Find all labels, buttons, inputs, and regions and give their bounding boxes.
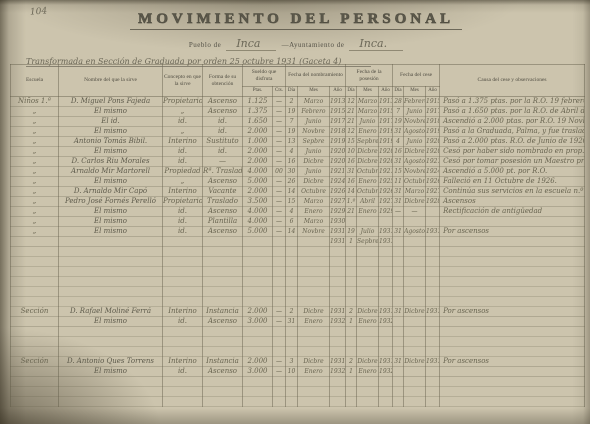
cell-sueldo-cts: — — [273, 97, 286, 107]
cell-cese-dia: 7 — [393, 107, 404, 117]
cell-cese-ano: 1915 — [426, 97, 440, 107]
cell-cese-dia: 11 — [393, 177, 404, 187]
cell-forma: Traslado — [203, 197, 243, 207]
sub-dia: Día — [286, 87, 298, 97]
cell-empty — [286, 267, 298, 277]
cell-posesion-ano: 1925 — [379, 177, 393, 187]
cell-nombramiento-ano: 1920 — [330, 147, 346, 157]
blank-row — [11, 347, 585, 357]
cell-posesion-ano: 1931 — [379, 307, 393, 317]
cell-empty — [298, 327, 330, 337]
cell-empty — [298, 247, 330, 257]
cell-empty — [330, 287, 346, 297]
cell-nombramiento-mes: Novbre — [298, 227, 330, 237]
cell-posesion-mes: Enero — [357, 177, 379, 187]
cell-empty — [273, 397, 286, 407]
cell-posesion-ano: 1919 — [379, 127, 393, 137]
table-row: „El mismoid.id.2.000—4Junio192010Dicbre1… — [11, 147, 585, 157]
cell-concepto: Propietario — [163, 197, 203, 207]
blank-row — [11, 377, 585, 387]
cell-empty — [59, 347, 163, 357]
cell-empty — [440, 337, 585, 347]
cell-nombramiento-ano: 1920 — [330, 157, 346, 167]
cell-empty — [426, 387, 440, 397]
cell-concepto: „ — [163, 127, 203, 137]
col-escuela: Escuela — [11, 65, 59, 97]
table-row: El mismoid.Ascenso3.000—10Enero19321Ener… — [11, 367, 585, 377]
cell-nombramiento-mes — [298, 237, 330, 247]
table-header: Escuela Nombre del que la sirve Concepto… — [11, 65, 585, 97]
cell-causa: Continúa sus servicios en la escuela n.º… — [440, 187, 585, 197]
cell-posesion-ano: 1915 — [379, 107, 393, 117]
cell-posesion-ano: 1926 — [379, 187, 393, 197]
table-row: „El mismoid.Ascenso4.000—4Enero192921Ene… — [11, 207, 585, 217]
cell-posesion-mes: Marzo — [357, 97, 379, 107]
cell-empty — [379, 257, 393, 267]
cell-posesion-mes: Julio — [357, 227, 379, 237]
cell-empty — [286, 277, 298, 287]
cell-cese-ano: 1928 — [426, 197, 440, 207]
cell-sueldo-ptas: 4.000 — [243, 167, 273, 177]
cell-empty — [393, 287, 404, 297]
cell-nombramiento-ano: 1918 — [330, 127, 346, 137]
cell-empty — [59, 247, 163, 257]
cell-empty — [393, 337, 404, 347]
cell-posesion-dia: 2 — [346, 307, 357, 317]
cell-forma: id. — [203, 127, 243, 137]
cell-empty — [440, 297, 585, 307]
cell-nombre: El mismo — [59, 207, 163, 217]
cell-posesion-ano: 1931 — [379, 357, 393, 367]
cell-posesion-mes: Octubre — [357, 187, 379, 197]
cell-empty — [59, 397, 163, 407]
cell-empty — [203, 277, 243, 287]
cell-empty — [346, 267, 357, 277]
cell-empty — [203, 267, 243, 277]
cell-empty — [346, 257, 357, 267]
cell-sueldo-cts: — — [273, 177, 286, 187]
cell-escuela: „ — [11, 147, 59, 157]
cell-empty — [243, 397, 273, 407]
cell-nombramiento-mes: Dicbre — [298, 177, 330, 187]
cell-empty — [330, 257, 346, 267]
cell-empty — [440, 247, 585, 257]
cell-empty — [330, 347, 346, 357]
cell-posesion-ano: 1931 — [379, 237, 393, 247]
cell-empty — [298, 347, 330, 357]
cell-sueldo-ptas: 2.000 — [243, 187, 273, 197]
cell-posesion-ano: 1917 — [379, 117, 393, 127]
cell-empty — [393, 267, 404, 277]
cell-empty — [440, 377, 585, 387]
cell-cese-ano: 1931 — [426, 307, 440, 317]
table-row: „El mismo„id.2.000—19Novbre191812Enero19… — [11, 127, 585, 137]
cell-nombramiento-ano: 1921 — [330, 167, 346, 177]
cell-empty — [273, 377, 286, 387]
cell-nombre: El mismo — [59, 147, 163, 157]
cell-forma: Ascenso — [203, 97, 243, 107]
cell-empty — [404, 257, 426, 267]
cell-cese-mes: Novbre — [404, 167, 426, 177]
cell-cese-dia: 4 — [393, 137, 404, 147]
cell-sueldo-ptas: 1.650 — [243, 117, 273, 127]
cell-nombramiento-mes: Marzo — [298, 197, 330, 207]
cell-sueldo-ptas: 1.375 — [243, 107, 273, 117]
cell-empty — [404, 267, 426, 277]
table-row: „Antonio Tomás Bibil.InterinoSustituto1.… — [11, 137, 585, 147]
table-row: SecciónD. Antonio Ques TorrensInterinoIn… — [11, 357, 585, 367]
cell-nombramiento-mes: Junio — [298, 117, 330, 127]
cell-causa: Por ascensos — [440, 307, 585, 317]
cell-sueldo-cts: — — [273, 147, 286, 157]
cell-cese-ano: 1931 — [426, 357, 440, 367]
cell-empty — [357, 247, 379, 257]
cell-cese-ano — [426, 317, 440, 327]
cell-nombramiento-dia: 4 — [286, 147, 298, 157]
cell-escuela — [11, 367, 59, 377]
cell-nombramiento-ano: 1932 — [330, 367, 346, 377]
blank-row — [11, 297, 585, 307]
cell-sueldo-cts: — — [273, 357, 286, 367]
cell-empty — [330, 337, 346, 347]
cell-empty — [163, 257, 203, 267]
cell-nombramiento-ano: 1931 — [330, 307, 346, 317]
cell-posesion-ano: 1932 — [379, 367, 393, 377]
cell-empty — [11, 267, 59, 277]
cell-nombramiento-dia: 4 — [286, 207, 298, 217]
cell-empty — [379, 377, 393, 387]
cell-concepto: Interino — [163, 357, 203, 367]
cell-causa: Por ascensos — [440, 227, 585, 237]
cell-empty — [273, 257, 286, 267]
cell-nombramiento-dia: 31 — [286, 317, 298, 327]
cell-nombre: Pedro José Fornés Perelló — [59, 197, 163, 207]
cell-empty — [243, 257, 273, 267]
cell-empty — [426, 377, 440, 387]
cell-nombramiento-dia: 13 — [286, 137, 298, 147]
cell-nombramiento-dia: 15 — [286, 197, 298, 207]
cell-empty — [298, 397, 330, 407]
cell-empty — [357, 397, 379, 407]
cell-nombramiento-dia: 6 — [286, 217, 298, 227]
table-row: „El mismo„Ascenso1.375—19Febrero191521Ma… — [11, 107, 585, 117]
cell-sueldo-ptas: 3.500 — [243, 197, 273, 207]
cell-empty — [11, 257, 59, 267]
handwritten-annotation: Transformada en Sección de Graduada por … — [26, 57, 371, 67]
cell-empty — [243, 347, 273, 357]
cell-nombre: D. Rafael Moliné Ferrá — [59, 307, 163, 317]
cell-cese-mes: Dicbre — [404, 307, 426, 317]
cell-sueldo-cts: — — [273, 307, 286, 317]
cell-cese-ano: 1927 — [426, 187, 440, 197]
sub-ano: Año — [426, 87, 440, 97]
cell-nombramiento-ano: 1913 — [330, 97, 346, 107]
cell-nombre: D. Antonio Ques Torrens — [59, 357, 163, 367]
sub-dia: Día — [393, 87, 404, 97]
cell-cese-ano: 1918 — [426, 117, 440, 127]
cell-posesion-dia: 1 — [346, 367, 357, 377]
cell-nombramiento-dia — [286, 237, 298, 247]
cell-concepto: Interino — [163, 187, 203, 197]
cell-empty — [379, 277, 393, 287]
sub-mes: Mes — [298, 87, 330, 97]
cell-empty — [404, 387, 426, 397]
cell-empty — [330, 327, 346, 337]
cell-escuela: „ — [11, 217, 59, 227]
cell-sueldo-cts: — — [273, 127, 286, 137]
cell-cese-dia: 31 — [393, 187, 404, 197]
cell-causa — [440, 367, 585, 377]
cell-cese-dia: 31 — [393, 157, 404, 167]
cell-forma: Instancia — [203, 357, 243, 367]
cell-empty — [393, 387, 404, 397]
ledger-page: 104 MOVIMIENTO DEL PERSONAL Pueblo de In… — [0, 0, 590, 424]
cell-causa: Ascendió a 2.000 ptas. por R.O. 19 Novbr… — [440, 117, 585, 127]
cell-empty — [346, 337, 357, 347]
cell-sueldo-cts: — — [273, 197, 286, 207]
sub-mes: Mes — [404, 87, 426, 97]
cell-empty — [273, 287, 286, 297]
cell-nombramiento-ano: 1924 — [330, 177, 346, 187]
cell-concepto: id. — [163, 227, 203, 237]
cell-escuela — [11, 237, 59, 247]
cell-empty — [11, 287, 59, 297]
cell-empty — [59, 277, 163, 287]
cell-cese-dia — [393, 317, 404, 327]
col-fecha-nombramiento: Fecha del nombramiento — [286, 65, 346, 87]
cell-nombramiento-dia: 14 — [286, 227, 298, 237]
cell-empty — [203, 397, 243, 407]
cell-nombramiento-dia: 19 — [286, 107, 298, 117]
cell-cese-dia: 31 — [393, 197, 404, 207]
cell-cese-mes: Dicbre — [404, 357, 426, 367]
cell-empty — [346, 397, 357, 407]
cell-forma: Ascenso — [203, 227, 243, 237]
col-concepto: Concepto en que la sirve — [163, 65, 203, 97]
cell-empty — [298, 277, 330, 287]
cell-cese-dia: 31 — [393, 357, 404, 367]
cell-empty — [330, 297, 346, 307]
cell-nombramiento-mes: Novbre — [298, 127, 330, 137]
col-fecha-cese: Fecha del cese — [393, 65, 440, 87]
table-row: „Pedro José Fornés PerellóPropietarioTra… — [11, 197, 585, 207]
cell-empty — [346, 247, 357, 257]
cell-sueldo-cts: — — [273, 317, 286, 327]
cell-empty — [379, 397, 393, 407]
cell-forma: Rª. Traslado — [203, 167, 243, 177]
table-row: „El id.id.id.1.650—7Junio191721Junio1917… — [11, 117, 585, 127]
cell-empty — [59, 327, 163, 337]
cell-cese-dia: 28 — [393, 97, 404, 107]
cell-escuela: „ — [11, 127, 59, 137]
cell-sueldo-ptas: 2.000 — [243, 147, 273, 157]
cell-empty — [243, 277, 273, 287]
cell-cese-mes: Junio — [404, 107, 426, 117]
cell-sueldo-ptas: 5.000 — [243, 227, 273, 237]
cell-cese-mes: Octubre — [404, 177, 426, 187]
cell-empty — [298, 387, 330, 397]
col-sueldo: Sueldo que disfruta — [243, 65, 286, 87]
cell-nombramiento-mes: Marzo — [298, 97, 330, 107]
cell-posesion-dia: 16 — [346, 177, 357, 187]
cell-nombramiento-dia: 10 — [286, 367, 298, 377]
cell-sueldo-ptas: 4.000 — [243, 207, 273, 217]
cell-empty — [357, 287, 379, 297]
cell-posesion-dia — [346, 217, 357, 227]
cell-empty — [404, 277, 426, 287]
cell-sueldo-cts: — — [273, 137, 286, 147]
cell-empty — [330, 267, 346, 277]
cell-empty — [440, 387, 585, 397]
cell-causa — [440, 237, 585, 247]
cell-empty — [379, 347, 393, 357]
blank-row — [11, 287, 585, 297]
cell-empty — [163, 297, 203, 307]
cell-empty — [393, 377, 404, 387]
cell-empty — [404, 377, 426, 387]
cell-causa: Ascendió a 5.000 pt. por R.O. — [440, 167, 585, 177]
cell-posesion-dia: 12 — [346, 127, 357, 137]
cell-escuela: Sección — [11, 307, 59, 317]
cell-concepto: Propietario — [163, 97, 203, 107]
cell-cese-mes: Febrero — [404, 97, 426, 107]
cell-forma: Ascenso — [203, 367, 243, 377]
cell-nombramiento-dia: 3 — [286, 357, 298, 367]
cell-cese-mes — [404, 217, 426, 227]
cell-posesion-mes: Octubre — [357, 167, 379, 177]
cell-empty — [11, 337, 59, 347]
cell-cese-dia — [393, 217, 404, 227]
cell-empty — [59, 257, 163, 267]
cell-nombramiento-ano: 1931 — [330, 227, 346, 237]
cell-empty — [59, 267, 163, 277]
cell-posesion-mes: Abril — [357, 197, 379, 207]
cell-sueldo-ptas: 2.000 — [243, 127, 273, 137]
cell-causa: Pasó a 1.375 ptas. por la R.O. 19 febrer… — [440, 97, 585, 107]
cell-cese-dia: 15 — [393, 167, 404, 177]
cell-empty — [346, 297, 357, 307]
cell-empty — [404, 287, 426, 297]
sub-ano: Año — [379, 87, 393, 97]
cell-escuela: „ — [11, 177, 59, 187]
sub-mes: Mes — [357, 87, 379, 97]
table-row: 19311Sepbre1931 — [11, 237, 585, 247]
cell-empty — [404, 347, 426, 357]
cell-escuela: „ — [11, 187, 59, 197]
cell-empty — [346, 287, 357, 297]
cell-cese-mes: Agosto — [404, 157, 426, 167]
cell-sueldo-cts: — — [273, 157, 286, 167]
table-row: Niños 1.ªD. Miguel Pons FajedaPropietari… — [11, 97, 585, 107]
cell-forma: id. — [203, 117, 243, 127]
cell-sueldo-ptas: 1.125 — [243, 97, 273, 107]
cell-nombramiento-mes: Dicbre — [298, 157, 330, 167]
cell-nombre: Antonio Tomás Bibil. — [59, 137, 163, 147]
cell-cese-mes: Dicbre — [404, 197, 426, 207]
cell-empty — [379, 267, 393, 277]
cell-empty — [59, 337, 163, 347]
cell-causa: Cesó por tomar posesión un Maestro propi… — [440, 157, 585, 167]
cell-empty — [330, 377, 346, 387]
cell-nombramiento-dia: 2 — [286, 307, 298, 317]
cell-cese-ano: 1921 — [426, 157, 440, 167]
cell-nombre: D. Miguel Pons Fajeda — [59, 97, 163, 107]
cell-sueldo-ptas: 2.000 — [243, 357, 273, 367]
cell-empty — [330, 397, 346, 407]
cell-empty — [11, 327, 59, 337]
cell-empty — [298, 297, 330, 307]
cell-nombramiento-ano: 1917 — [330, 117, 346, 127]
cell-escuela: „ — [11, 167, 59, 177]
cell-sueldo-cts: — — [273, 217, 286, 227]
cell-empty — [440, 257, 585, 267]
cell-empty — [273, 327, 286, 337]
cell-posesion-mes: Enero — [357, 317, 379, 327]
cell-concepto: id. — [163, 157, 203, 167]
cell-cese-mes — [404, 367, 426, 377]
cell-empty — [203, 247, 243, 257]
cell-empty — [426, 287, 440, 297]
cell-empty — [404, 337, 426, 347]
cell-escuela: Niños 1.ª — [11, 97, 59, 107]
cell-empty — [426, 347, 440, 357]
cell-nombramiento-mes: Dicbre — [298, 357, 330, 367]
blank-row — [11, 257, 585, 267]
cell-causa: Ascensos — [440, 197, 585, 207]
table-row: „Arnaldo Mir MartorellPropiedadRª. Trasl… — [11, 167, 585, 177]
cell-sueldo-cts: — — [273, 117, 286, 127]
cell-nombramiento-mes: Sepbre — [298, 137, 330, 147]
cell-cese-dia: 31 — [393, 227, 404, 237]
cell-cese-mes: Dicbre — [404, 147, 426, 157]
cell-cese-mes: — — [404, 207, 426, 217]
cell-nombre: El mismo — [59, 217, 163, 227]
cell-empty — [286, 247, 298, 257]
ayuntamiento-label: —Ayuntamiento de — [282, 41, 345, 49]
cell-empty — [379, 297, 393, 307]
cell-empty — [203, 287, 243, 297]
cell-empty — [357, 277, 379, 287]
cell-empty — [273, 247, 286, 257]
cell-empty — [440, 267, 585, 277]
cell-empty — [379, 337, 393, 347]
cell-empty — [203, 327, 243, 337]
cell-posesion-dia: 12 — [346, 97, 357, 107]
cell-empty — [243, 327, 273, 337]
cell-causa: Falleció en 11 Octubre de 1926. — [440, 177, 585, 187]
cell-concepto: id. — [163, 217, 203, 227]
cell-empty — [426, 337, 440, 347]
cell-empty — [357, 377, 379, 387]
cell-empty — [379, 327, 393, 337]
cell-empty — [286, 377, 298, 387]
cell-posesion-ano: 1921 — [379, 167, 393, 177]
personnel-table: Escuela Nombre del que la sirve Concepto… — [10, 64, 585, 407]
cell-causa — [440, 317, 585, 327]
cell-empty — [11, 277, 59, 287]
col-fecha-posesion: Fecha de la posesión — [346, 65, 393, 87]
cell-nombramiento-mes: Marzo — [298, 217, 330, 227]
pueblo-label: Pueblo de — [189, 41, 221, 49]
cell-posesion-ano: 1927 — [379, 197, 393, 207]
cell-nombramiento-mes: Enero — [298, 367, 330, 377]
cell-posesion-mes: Junio — [357, 117, 379, 127]
cell-cese-ano: 1931 — [426, 227, 440, 237]
cell-sueldo-cts: — — [273, 207, 286, 217]
cell-nombramiento-dia: 26 — [286, 177, 298, 187]
cell-causa: Por ascensos — [440, 357, 585, 367]
cell-cese-dia: 31 — [393, 307, 404, 317]
